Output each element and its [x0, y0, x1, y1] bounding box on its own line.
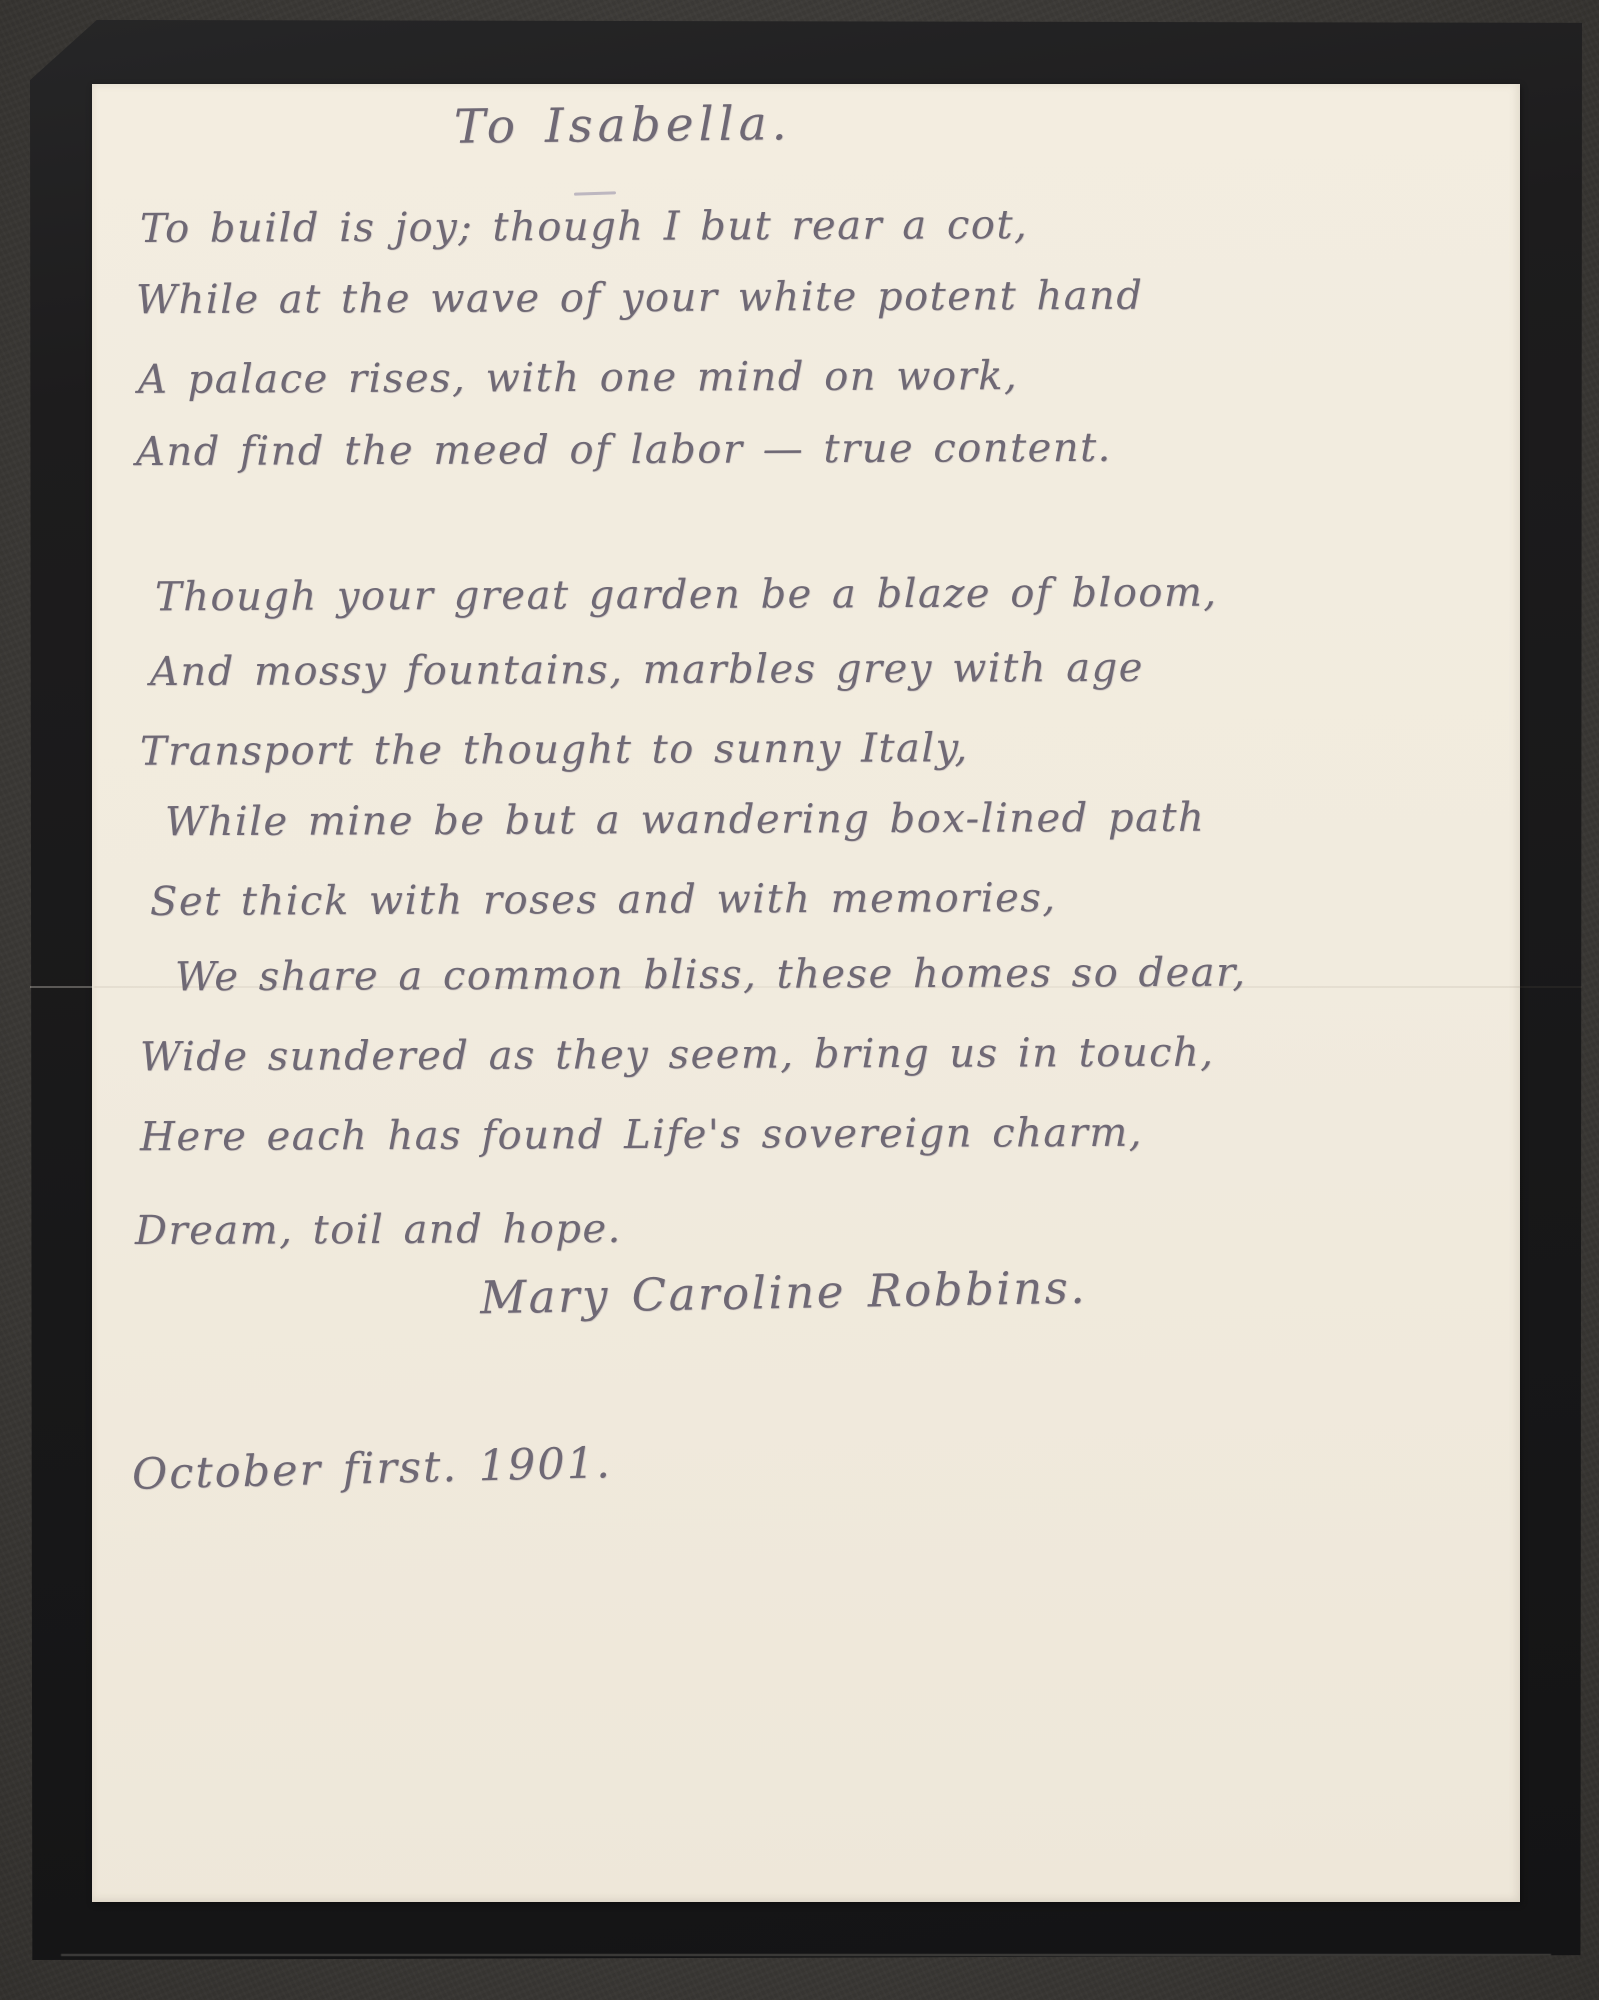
- signature: Mary Caroline Robbins.: [480, 1261, 1088, 1325]
- poem-line: To build is joy; though I but rear a cot…: [140, 202, 1028, 252]
- poem-line: While mine be but a wandering box-lined …: [165, 795, 1205, 846]
- letter-sheet: To Isabella. To build is joy; though I b…: [92, 84, 1520, 1902]
- date-line: October first. 1901.: [131, 1438, 612, 1500]
- letter-title: To Isabella.: [454, 96, 792, 155]
- poem-line: Transport the thought to sunny Italy,: [140, 725, 969, 775]
- poem-line: We share a common bliss, these homes so …: [175, 950, 1247, 1001]
- poem-line: Dream, toil and hope.: [135, 1206, 622, 1254]
- poem-line: While at the wave of your white potent h…: [136, 273, 1144, 323]
- poem-line: And mossy fountains, marbles grey with a…: [150, 645, 1144, 695]
- title-underline-mark: [574, 191, 616, 195]
- poem-line: And find the meed of labor — true conten…: [136, 425, 1112, 475]
- poem-line: Here each has found Life's sovereign cha…: [140, 1110, 1143, 1160]
- poem-line: A palace rises, with one mind on work,: [138, 353, 1018, 403]
- poem-line: Set thick with roses and with memories,: [150, 875, 1057, 925]
- poem-line: Wide sundered as they seem, bring us in …: [140, 1030, 1215, 1081]
- poem-line: Though your great garden be a blaze of b…: [155, 570, 1218, 621]
